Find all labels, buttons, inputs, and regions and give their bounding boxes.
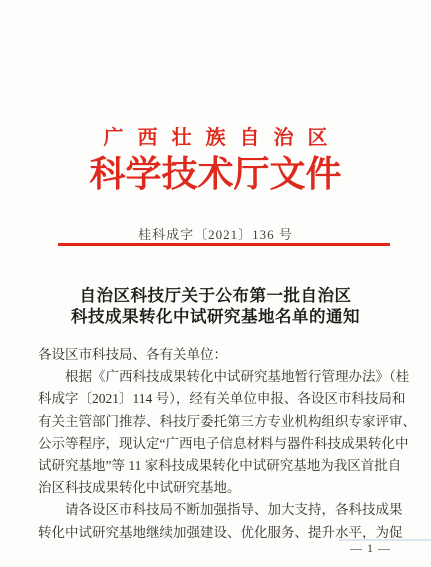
- body-line: 公示等程序，现认定“广西电子信息材料与器件科技成果转化中: [38, 433, 404, 455]
- document-number: 桂科成字〔2021〕136 号: [0, 224, 431, 243]
- body-line: 治区科技成果转化中试研究基地。: [38, 477, 404, 499]
- body-line: 试研究基地”等 11 家科技成果转化中试研究基地为我区首批自: [38, 455, 404, 477]
- document-body: 各设区市科技局、各有关单位： 根据《广西科技成果转化中试研究基地暂行管理办法》（…: [38, 344, 404, 544]
- red-divider-rule: [58, 243, 390, 246]
- body-line: 有关主管部门推荐、科技厅委托第三方专业机构组织专家评审、: [38, 411, 404, 433]
- body-line: 根据《广西科技成果转化中试研究基地暂行管理办法》（桂: [38, 366, 404, 388]
- body-line: 科成字〔2021〕114 号），经有关单位申报、各设区市科技局和: [38, 388, 404, 410]
- document-title: 自治区科技厅关于公布第一批自治区 科技成果转化中试研究基地名单的通知: [0, 285, 431, 327]
- page-number: — 1 —: [350, 541, 391, 556]
- document-title-line2: 科技成果转化中试研究基地名单的通知: [0, 306, 431, 327]
- body-line: 请各设区市科技局不断加强指导、加大支持，各科技成果: [38, 499, 404, 521]
- letterhead-office-name: 科学技术厅文件: [0, 146, 431, 197]
- body-line-salutation: 各设区市科技局、各有关单位：: [38, 344, 404, 366]
- document-page: 广西壮族自治区 科学技术厅文件 桂科成字〔2021〕136 号 自治区科技厅关于…: [0, 0, 431, 567]
- document-title-line1: 自治区科技厅关于公布第一批自治区: [0, 285, 431, 306]
